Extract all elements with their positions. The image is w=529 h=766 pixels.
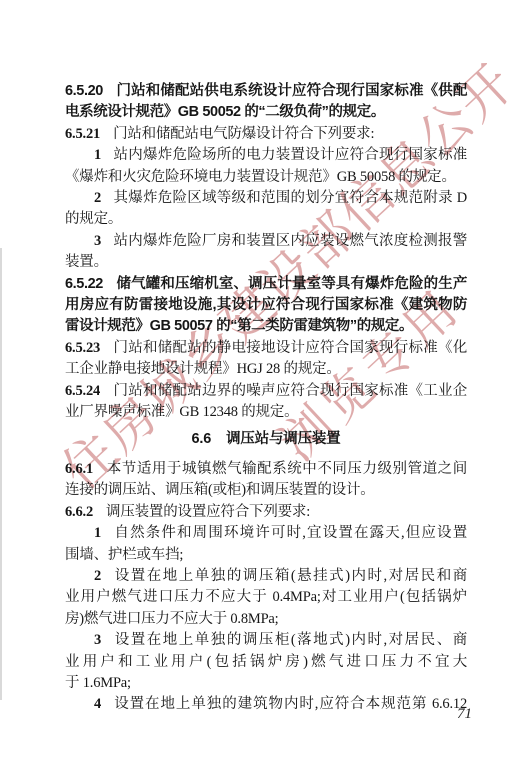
clause-number: 3: [94, 233, 101, 249]
text-line: 电系统设计规范》GB 50052 的“二级负荷”的规定。: [65, 102, 467, 123]
line-text: 自然条件和周围环境许可时,宜设置在露天,但应设置: [113, 525, 467, 541]
text-line: 6.6.1本节适用于城镇燃气输配系统中不同压力级别管道之间: [65, 459, 467, 480]
text-line: 2其爆炸危险区域等级和范围的划分宜符合本规范附录 D: [65, 188, 467, 209]
line-text: 其爆炸危险区域等级和范围的划分宜符合本规范附录 D: [113, 190, 467, 206]
clause-number: 6.6.2: [65, 504, 93, 520]
text-line: 3站内爆炸危险厂房和装置区内应装设燃气浓度检测报警: [65, 231, 467, 252]
clause-number: 2: [94, 190, 101, 206]
clause-number: 6.5.23: [65, 340, 100, 356]
clause-number: 6.5.24: [65, 383, 100, 399]
line-text: 用房应有防雷接地设施,其设计应符合现行国家标准《建筑物防: [65, 297, 467, 313]
line-text: 设置在地上单独的调压箱(悬挂式)内时,对居民和商: [113, 568, 467, 584]
section-number: 6.6: [192, 431, 212, 447]
text-line: 6.5.20门站和储配站供电系统设计应符合现行国家标准《供配: [65, 81, 467, 102]
clause-number: 6.5.21: [65, 126, 100, 142]
clause-number: 4: [94, 696, 101, 712]
clause-number: 1: [94, 147, 101, 163]
section-heading: 6.6调压站与调压装置: [65, 429, 467, 450]
page-number: 71: [457, 706, 472, 723]
line-text: 房)燃气进口压力不应大于 0.8MPa;: [65, 611, 279, 627]
line-text: 调压装置的设置应符合下列要求:: [106, 504, 310, 520]
line-text: 围墙、护栏或车挡;: [65, 547, 183, 563]
text-line: 房)燃气进口压力不应大于 0.8MPa;: [65, 609, 467, 630]
clause-number: 6.5.20: [65, 83, 103, 99]
text-line: 用房应有防雷接地设施,其设计应符合现行国家标准《建筑物防: [65, 295, 467, 316]
line-text: 门站和储配站的静电接地设计应符合国家现行标准《化: [113, 340, 467, 356]
text-line: 《爆炸和火灾危险环境电力装置设计规范》GB 50058 的规定。: [65, 167, 467, 188]
text-line: 业用户燃气进口压力不应大于 0.4MPa;对工业用户(包括锅炉: [65, 587, 467, 608]
line-text: 本节适用于城镇燃气输配系统中不同压力级别管道之间: [106, 461, 467, 477]
line-text: 雷设计规范》GB 50057 的“第二类防雷建筑物”的规定。: [65, 318, 413, 334]
text-line: 3设置在地上单独的调压柜(落地式)内时,对居民、商: [65, 630, 467, 651]
text-line: 6.5.24门站和储配站边界的噪声应符合现行国家标准《工业企: [65, 381, 467, 402]
line-text: 装置。: [65, 254, 108, 270]
text-line: 业厂界噪声标准》GB 12348 的规定。: [65, 402, 467, 423]
line-text: 于 1.6MPa;: [65, 675, 131, 691]
text-line: 4设置在地上单独的建筑物内时,应符合本规范第 6.6.12: [65, 694, 467, 715]
line-text: 门站和储配站边界的噪声应符合现行国家标准《工业企: [113, 383, 467, 399]
line-text: 站内爆炸危险厂房和装置区内应装设燃气浓度检测报警: [113, 233, 467, 249]
text-line: 6.6.2调压装置的设置应符合下列要求:: [65, 502, 467, 523]
text-line: 业用户和工业用户(包括锅炉房)燃气进口压力不宜大: [65, 652, 467, 673]
line-text: 连接的调压站、调压箱(或柜)和调压装置的设计。: [65, 482, 375, 498]
line-text: 的规定。: [65, 211, 122, 227]
text-line: 围墙、护栏或车挡;: [65, 545, 467, 566]
clause-number: 2: [94, 568, 101, 584]
clause-number: 6.5.22: [65, 276, 103, 292]
line-text: 工企业静电接地设计规程》HGJ 28 的规定。: [65, 361, 341, 377]
line-text: 门站和储配站供电系统设计应符合现行国家标准《供配: [116, 83, 467, 99]
line-text: 调压站与调压装置: [226, 431, 340, 447]
line-text: 站内爆炸危险场所的电力装置设计应符合现行国家标准: [113, 147, 467, 163]
text-line: 2设置在地上单独的调压箱(悬挂式)内时,对居民和商: [65, 566, 467, 587]
text-column: 6.5.20门站和储配站供电系统设计应符合现行国家标准《供配电系统设计规范》GB…: [65, 81, 467, 716]
line-text: 业厂界噪声标准》GB 12348 的规定。: [65, 404, 298, 420]
text-line: 于 1.6MPa;: [65, 673, 467, 694]
line-text: 业用户和工业用户(包括锅炉房)燃气进口压力不宜大: [65, 654, 467, 670]
line-text: 设置在地上单独的建筑物内时,应符合本规范第 6.6.12: [113, 696, 467, 712]
text-line: 1自然条件和周围环境许可时,宜设置在露天,但应设置: [65, 523, 467, 544]
text-line: 的规定。: [65, 209, 467, 230]
line-text: 门站和储配站电气防爆设计符合下列要求:: [113, 126, 374, 142]
text-line: 6.5.23门站和储配站的静电接地设计应符合国家现行标准《化: [65, 338, 467, 359]
clause-number: 3: [94, 632, 101, 648]
line-text: 电系统设计规范》GB 50052 的“二级负荷”的规定。: [65, 104, 385, 120]
clause-number: 6.6.1: [65, 461, 93, 477]
text-line: 6.5.22储气罐和压缩机室、调压计量室等具有爆炸危险的生产: [65, 274, 467, 295]
text-line: 1站内爆炸危险场所的电力装置设计应符合现行国家标准: [65, 145, 467, 166]
clause-number: 1: [94, 525, 101, 541]
page-gutter-shadow: [0, 248, 2, 700]
line-text: 《爆炸和火灾危险环境电力装置设计规范》GB 50058 的规定。: [65, 169, 456, 185]
text-line: 连接的调压站、调压箱(或柜)和调压装置的设计。: [65, 480, 467, 501]
text-line: 装置。: [65, 252, 467, 273]
document-page: 住房城乡建设部信息公开 浏览专用 6.5.20门站和储配站供电系统设计应符合现行…: [0, 0, 529, 766]
text-line: 6.5.21门站和储配站电气防爆设计符合下列要求:: [65, 124, 467, 145]
text-line: 工企业静电接地设计规程》HGJ 28 的规定。: [65, 359, 467, 380]
text-line: 雷设计规范》GB 50057 的“第二类防雷建筑物”的规定。: [65, 316, 467, 337]
line-text: 业用户燃气进口压力不应大于 0.4MPa;对工业用户(包括锅炉: [65, 589, 467, 605]
line-text: 设置在地上单独的调压柜(落地式)内时,对居民、商: [113, 632, 467, 648]
line-text: 储气罐和压缩机室、调压计量室等具有爆炸危险的生产: [116, 276, 467, 292]
